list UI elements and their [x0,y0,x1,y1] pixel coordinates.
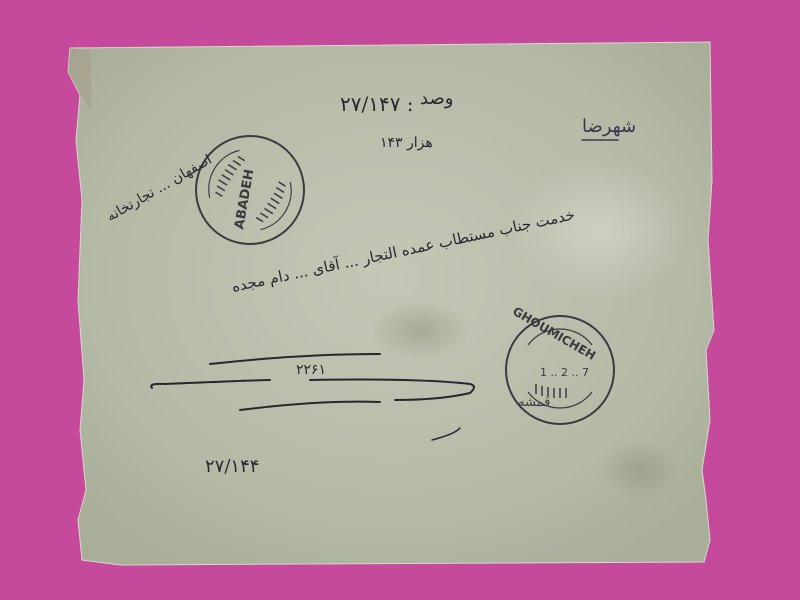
middle-number: ۲۲۶۱ [296,362,326,378]
addressee-city: شهرضا [582,116,636,137]
top-sub: هزار ۱۴۳ [380,135,433,151]
envelope-photo: ABADEH 1 .. 2 .. 7 قمشه GHOUMICHEH [0,0,800,600]
top-number: ۲۷/۱۴۷ : [340,92,414,116]
postmark-ghoumicheh-date: 1 .. 2 .. 7 [540,366,589,379]
top-prefix: وصد [420,88,453,109]
bottom-number: ۲۷/۱۴۴ [205,456,259,477]
svg-text:قمشه: قمشه [518,395,550,410]
